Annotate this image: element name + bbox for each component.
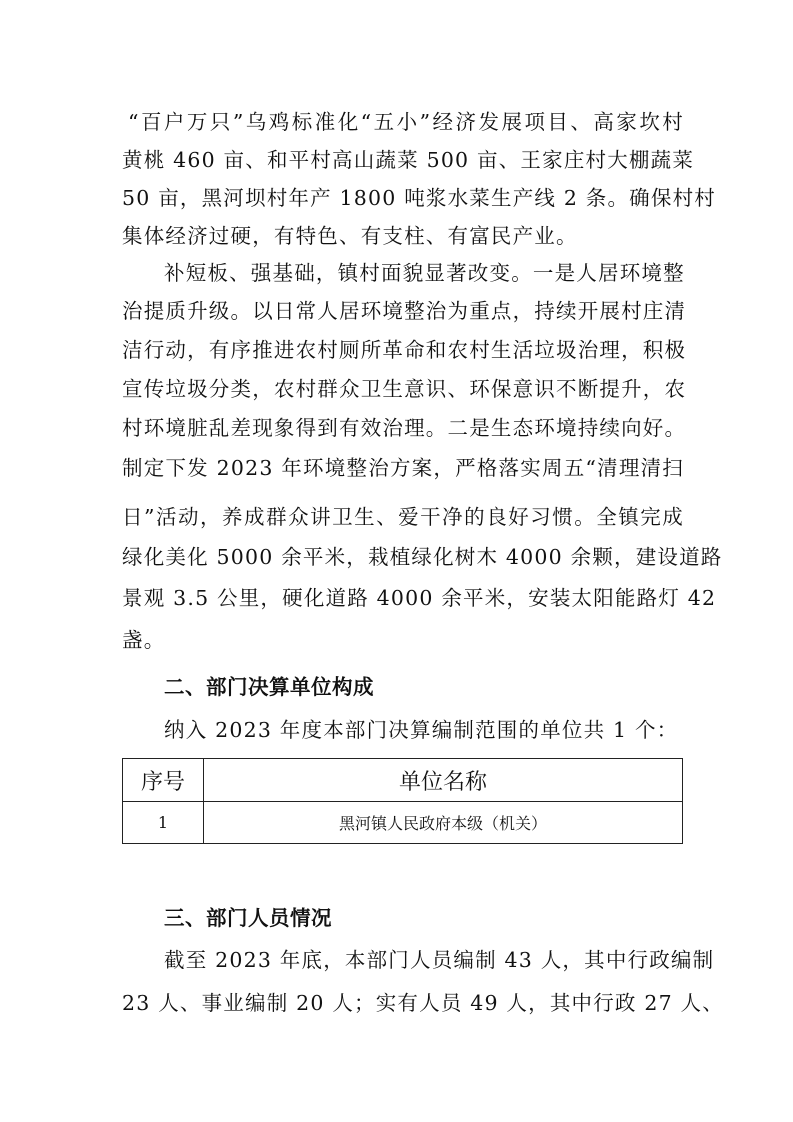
section-3-line-1: 截至 2023 年底，本部门人员编制 43 人，其中行政编制 [164,940,684,980]
section-2-intro: 纳入 2023 年度本部门决算编制范围的单位共 1 个： [164,710,684,750]
paragraph-2-line-8: 绿化美化 5000 余平米，栽植绿化树木 4000 余颗，建设道路 [122,537,684,577]
section-3-line-2: 23 人、事业编制 20 人；实有人员 49 人，其中行政 27 人、 [122,983,684,1023]
document-page: “百户万只”乌鸡标准化“五小”经济发展项目、高家坎村 黄桃 460 亩、和平村高… [0,0,793,1122]
units-table: 序号 单位名称 1 黑河镇人民政府本级（机关） [122,758,683,844]
paragraph-1-line-2: 黄桃 460 亩、和平村高山蔬菜 500 亩、王家庄村大棚蔬菜 [122,140,684,180]
paragraph-2-line-7: 日”活动，养成群众讲卫生、爱干净的良好习惯。全镇完成 [122,497,684,537]
column-header-unit-name: 单位名称 [204,759,683,802]
cell-unit-name: 黑河镇人民政府本级（机关） [204,802,683,844]
paragraph-2-line-10: 盏。 [122,620,684,660]
paragraph-2-line-5: 村环境脏乱差现象得到有效治理。二是生态环境持续向好。 [122,408,684,448]
table-row: 1 黑河镇人民政府本级（机关） [123,802,683,844]
paragraph-1-line-4: 集体经济过硬，有特色、有支柱、有富民产业。 [122,216,684,256]
section-2-heading: 二、部门决算单位构成 [164,667,374,707]
paragraph-1-line-3: 50 亩，黑河坝村年产 1800 吨浆水菜生产线 2 条。确保村村 [122,178,684,218]
paragraph-2-line-6: 制定下发 2023 年环境整治方案，严格落实周五“清理清扫 [122,448,684,488]
paragraph-2-line-4: 宣传垃圾分类，农村群众卫生意识、环保意识不断提升，农 [122,369,684,409]
cell-index: 1 [123,802,204,844]
section-3-heading: 三、部门人员情况 [164,898,332,938]
paragraph-2-line-1: 补短板、强基础，镇村面貌显著改变。一是人居环境整 [164,253,684,293]
paragraph-2-line-2: 治提质升级。以日常人居环境整治为重点，持续开展村庄清 [122,291,684,331]
column-header-index: 序号 [123,759,204,802]
paragraph-2-line-3: 洁行动，有序推进农村厕所革命和农村生活垃圾治理，积极 [122,330,684,370]
paragraph-1-line-1: “百户万只”乌鸡标准化“五小”经济发展项目、高家坎村 [128,102,684,142]
paragraph-2-line-9: 景观 3.5 公里，硬化道路 4000 余平米，安装太阳能路灯 42 [122,578,684,618]
table-header-row: 序号 单位名称 [123,759,683,802]
